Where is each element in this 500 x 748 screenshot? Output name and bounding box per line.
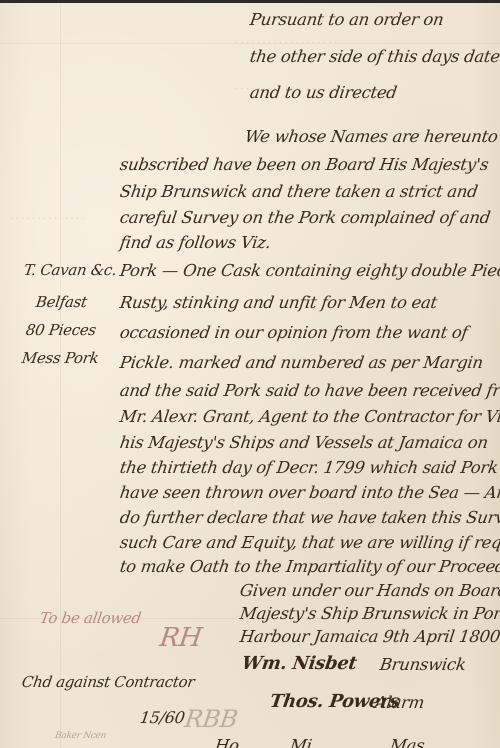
body-line: his Majesty's Ships and Vessels at Jamai…: [119, 433, 489, 452]
pencil-note: Baker Ncen: [54, 731, 106, 741]
body-line: subscribed have been on Board His Majest…: [119, 155, 490, 174]
fraction-note: 15/60: [139, 708, 186, 727]
body-line: We whose Names are hereunto: [244, 127, 499, 146]
body-line: to make Oath to the Impartiality of our …: [119, 557, 500, 576]
body-line: Pickle. marked and numbered as per Margi…: [119, 353, 485, 372]
body-line: and the said Pork said to have been rece…: [119, 381, 500, 400]
header-line: Pursuant to an order on: [249, 10, 445, 29]
signature-ship: Brunswick: [379, 655, 467, 674]
bleed-through-text: · · · · · · · · · · · · · ·: [10, 213, 84, 225]
margin-note-line: Mess Pork: [21, 349, 100, 367]
header-line: the other side of this days date: [249, 47, 500, 66]
charge-note: Chd against Contractor: [21, 673, 196, 691]
body-line: such Care and Equity, that we are willin…: [119, 533, 500, 552]
margin-note-line: Belfast: [35, 293, 88, 311]
closing-line: Majesty's Ship Brunswick in Port Royal: [239, 604, 500, 623]
paper-crease: [60, 3, 61, 748]
body-line: Mr. Alexr. Grant, Agent to the Contracto…: [119, 407, 500, 426]
faint-initials: RBB: [183, 705, 239, 733]
partial-text: Mas...: [389, 736, 441, 748]
body-line: careful Survey on the Pork complained of…: [119, 208, 492, 227]
margin-note-line: T. Cavan &c.: [23, 261, 118, 279]
signature-ship: Alarm: [374, 693, 426, 712]
body-line: Ship Brunswick and there taken a strict …: [119, 182, 479, 201]
body-line: have seen thrown over board into the Sea…: [119, 483, 500, 502]
allowance-note: To be allowed: [39, 609, 142, 627]
partial-text: Mi...: [289, 736, 328, 748]
header-line: and to us directed: [249, 83, 398, 102]
signature-name: Wm. Nisbet: [241, 653, 359, 674]
body-line: the thirtieth day of Decr. 1799 which sa…: [119, 458, 500, 477]
red-initials: RH: [158, 623, 204, 653]
closing-line: Harbour Jamaica 9th April 1800: [239, 627, 500, 646]
body-line: do further declare that we have taken th…: [119, 508, 500, 527]
partial-text: Ho...: [214, 736, 255, 748]
body-line: Pork — One Cask containing eighty double…: [119, 261, 500, 280]
body-line: Rusty, stinking and unfit for Men to eat: [119, 293, 439, 312]
margin-note-line: 80 Pieces: [25, 321, 97, 339]
closing-line: Given under our Hands on Board His: [239, 581, 500, 600]
body-line: occasioned in our opinion from the want …: [119, 323, 469, 342]
manuscript-page: · · · · · · · · · · · · · · · · · · · · …: [0, 3, 500, 748]
body-line: find as follows Viz.: [119, 233, 272, 252]
